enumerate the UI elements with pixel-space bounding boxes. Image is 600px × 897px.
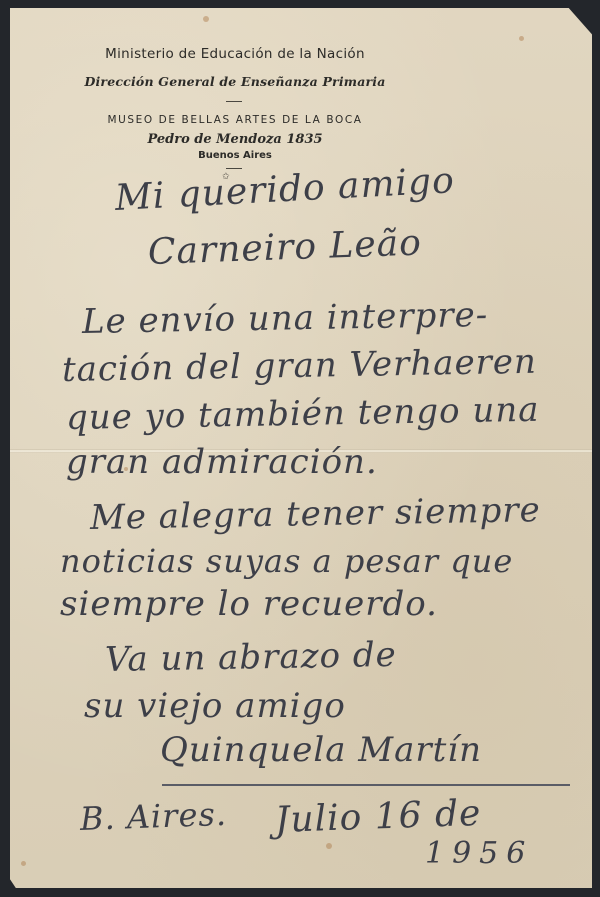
letterhead-city: Buenos Aires [80, 150, 390, 161]
body-line: Le envío una interpre- [82, 295, 489, 342]
dateline-place: B. Aires. [79, 795, 227, 838]
stain-spot [326, 843, 332, 849]
stain-spot [203, 16, 209, 22]
body-line: Va un abrazo de [105, 635, 397, 680]
body-line: gran admiración. [66, 442, 378, 482]
stain-spot [21, 861, 26, 866]
letterhead-museum: MUSEO DE BELLAS ARTES DE LA BOCA [80, 114, 390, 126]
body-line: que yo también tengo una [66, 390, 540, 438]
body-line: noticias suyas a pesar que [60, 542, 513, 580]
letterhead-divider [226, 101, 242, 102]
stain-spot [519, 36, 524, 41]
body-line: siempre lo recuerdo. [60, 584, 438, 624]
letterhead-divider [226, 168, 242, 169]
letterhead-ministry: Ministerio de Educación de la Nación [80, 46, 390, 62]
dateline-date: Julio 16 de [274, 793, 482, 841]
body-line: tación del gran Verhaeren [62, 342, 538, 390]
letterhead-address: Pedro de Mendoza 1835 [80, 132, 390, 147]
body-line: su viejo amigo [84, 686, 346, 726]
letterhead-direction: Dirección General de Enseñanza Primaria [80, 74, 390, 89]
dateline-year: 1956 [425, 836, 533, 871]
signature: Quinquela Martín [160, 730, 482, 770]
signature-underline [162, 784, 570, 786]
body-line: Me alegra tener siempre [90, 490, 541, 538]
